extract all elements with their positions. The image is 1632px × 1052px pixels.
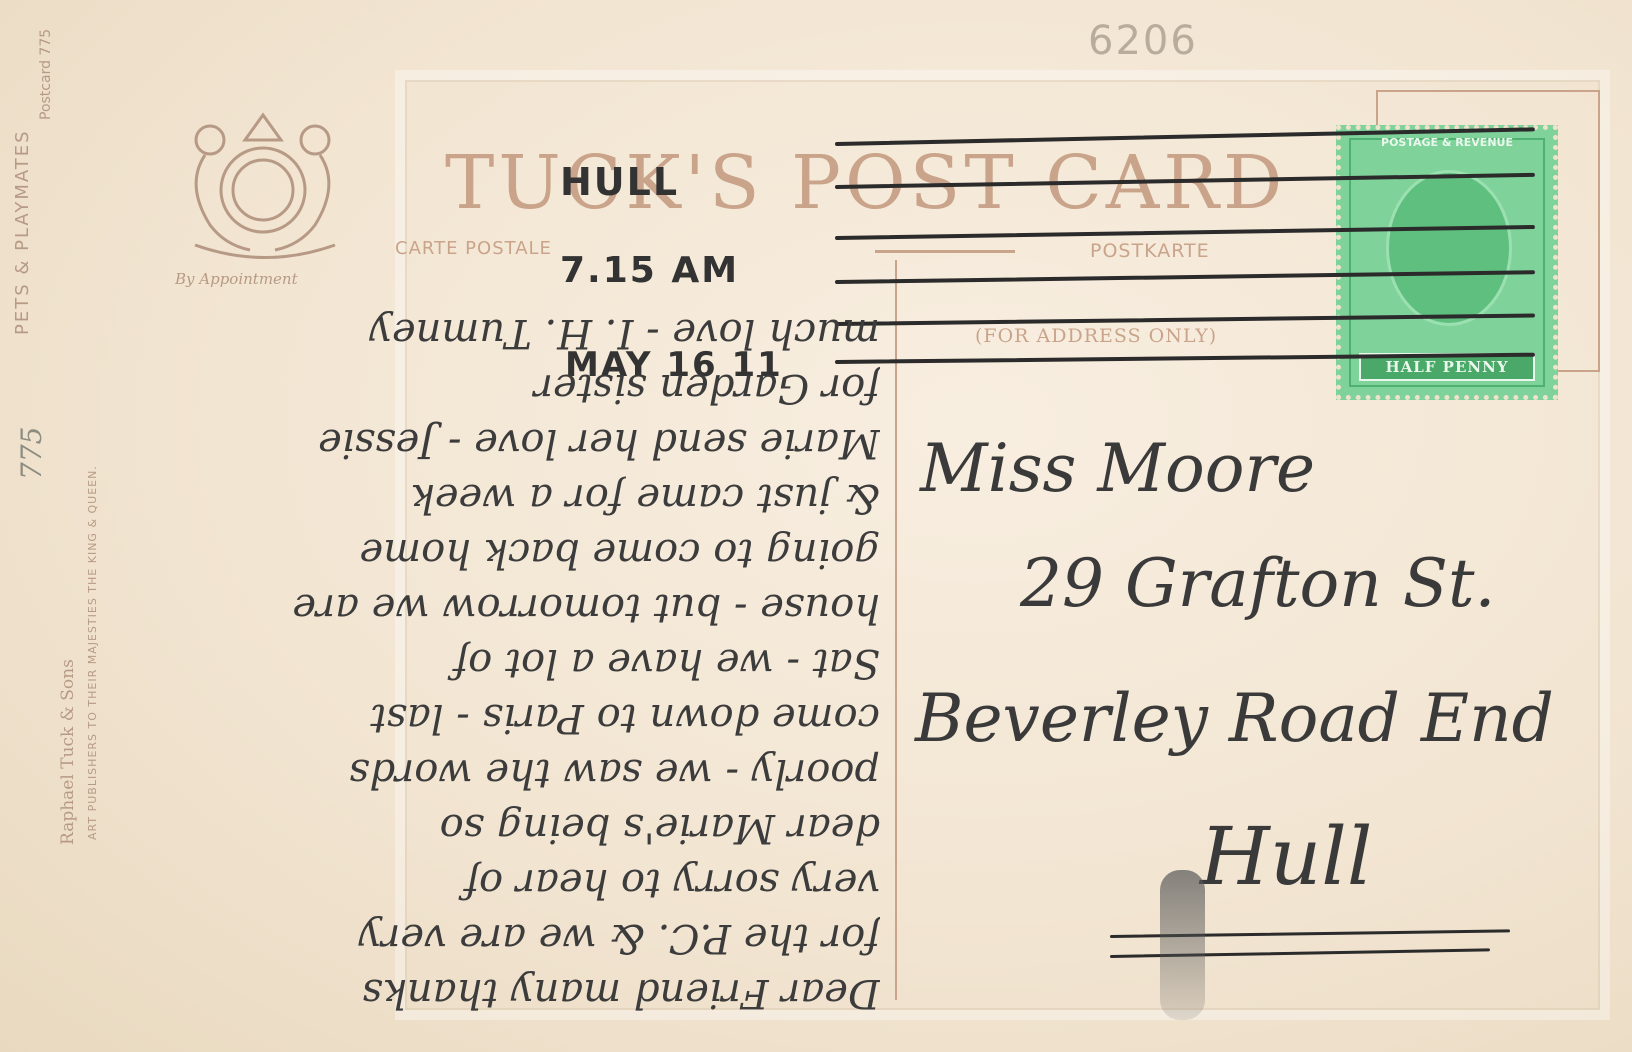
message-line: house - but tomorrow we are <box>30 580 880 635</box>
message-text-upside-down: Dear Friend many thanks for the P.C. & w… <box>30 305 880 1020</box>
message-line: going to come back home <box>30 525 880 580</box>
message-line: Marie send her love - Jessie <box>30 415 880 470</box>
center-divider <box>895 260 897 1000</box>
message-line: dear Marie's being so <box>30 800 880 855</box>
address-district: Beverley Road End <box>915 680 1554 757</box>
message-line: poorly - we saw the words <box>30 745 880 800</box>
postage-stamp: POSTAGE & REVENUE HALF PENNY <box>1336 125 1558 400</box>
message-line: for the P.C. & we are very <box>30 910 880 965</box>
message-line: much love - I. H. Tumney <box>30 305 880 360</box>
header-rule <box>875 250 1015 253</box>
address-city: Hull <box>1200 810 1372 903</box>
king-portrait-icon <box>1386 170 1512 326</box>
postcard-back: 6206 By Appointment TUCK'S POST CARD CAR… <box>0 0 1632 1052</box>
message-line: for Garden sister <box>30 360 880 415</box>
message-line: come down to Paris - last <box>30 690 880 745</box>
address-street: 29 Grafton St. <box>1020 545 1495 622</box>
message-line: very sorry to hear of <box>30 855 880 910</box>
message-area: Dear Friend many thanks for the P.C. & w… <box>30 30 880 1020</box>
address-only-label: (FOR ADDRESS ONLY) <box>975 325 1217 347</box>
message-line: & just came for a week <box>30 470 880 525</box>
stamp-top-text: POSTAGE & REVENUE <box>1347 136 1547 149</box>
message-line: Dear Friend many thanks <box>30 965 880 1020</box>
ink-smudge <box>1160 870 1205 1020</box>
message-line: Sat - we have a lot of <box>30 635 880 690</box>
postkarte-label: POSTKARTE <box>1090 240 1210 262</box>
catalog-number: 6206 <box>1088 18 1198 64</box>
address-name: Miss Moore <box>920 430 1315 507</box>
